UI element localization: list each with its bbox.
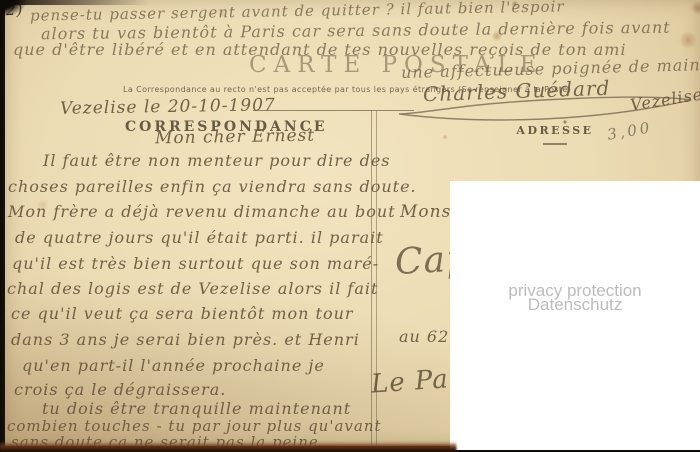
divider-horizontal-line — [253, 110, 414, 111]
adresse-underline — [543, 143, 567, 145]
scan-edge-left — [0, 0, 5, 452]
privacy-overlay-text: privacy protection Datenschutz — [450, 284, 700, 312]
handwriting-line: de quatre jours qu'il était parti. il pa… — [15, 228, 384, 247]
postcard-scan: CARTE POSTALE La Correspondance au recto… — [0, 0, 700, 452]
handwriting-line: Mon frère a déjà revenu dimanche au bout — [8, 202, 396, 221]
handwriting-line: Il faut être non menteur pour dire des — [43, 151, 391, 170]
handwriting-line: chal des logis est de Vezelise alors il … — [7, 279, 378, 298]
scan-corner-top-left — [0, 0, 26, 16]
signature-flourish — [393, 88, 700, 130]
handwriting-line: que d'être libéré et en attendant de tes… — [13, 40, 627, 59]
handwriting-line: crois ça le dégraissera. — [14, 380, 226, 399]
handwriting-line: choses pareilles enfin ça viendra sans d… — [8, 177, 417, 196]
salutation: Mon cher Ernest — [155, 126, 315, 149]
handwriting-line: qu'en part-il l'année prochaine je — [22, 356, 325, 375]
handwriting-line: ce qu'il veut ça sera bientôt mon tour — [11, 304, 354, 323]
privacy-overlay-line2: Datenschutz — [450, 298, 700, 312]
handwriting-line: dans 3 ans je serai bien près. et Henri — [11, 330, 360, 349]
scan-edge-bottom — [0, 442, 456, 452]
privacy-overlay: privacy protection Datenschutz — [450, 181, 700, 450]
handwriting-line: tu dois être tranquille maintenant — [42, 399, 351, 418]
date-line: Vezelise le 20-10-1907 — [60, 95, 276, 119]
handwriting-line: qu'il est très bien surtout que son maré… — [12, 254, 379, 273]
